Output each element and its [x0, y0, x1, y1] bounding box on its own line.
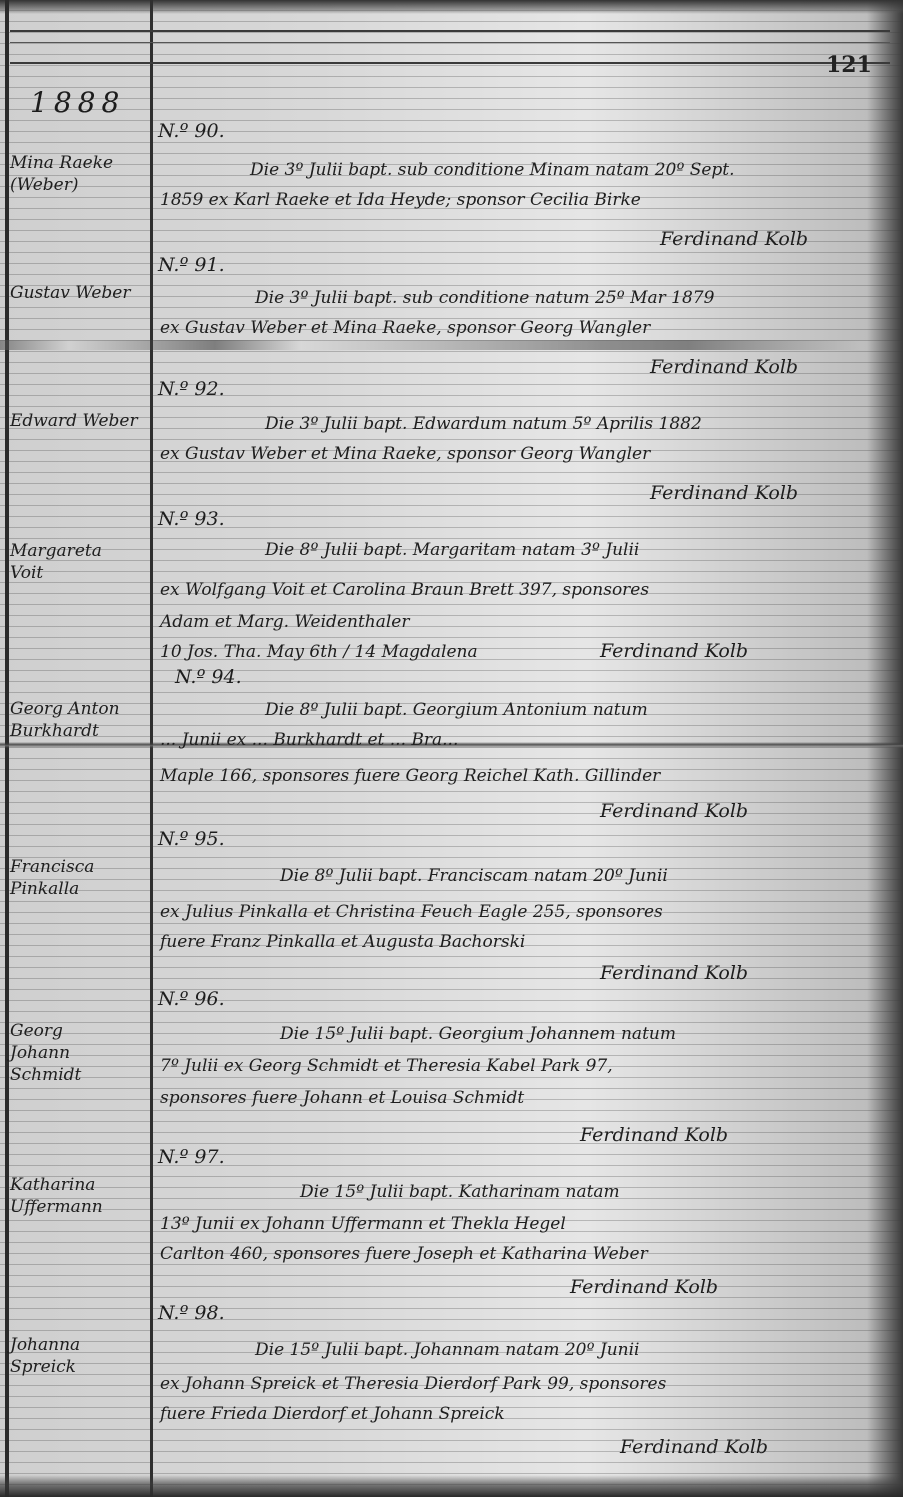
entry-line: 7º Julii ex Georg Schmidt et Theresia Ka…: [160, 1056, 613, 1076]
margin-name: Margareta Voit: [10, 540, 110, 584]
entry-number: N.º 91.: [158, 254, 225, 276]
entry-line: Die 15º Julii bapt. Georgium Johannem na…: [280, 1024, 676, 1044]
entry-line: 10 Jos. Tha. May 6th / 14 Magdalena: [160, 642, 478, 662]
entry-number: N.º 93.: [158, 508, 225, 530]
entry-line: ex Gustav Weber et Mina Raeke, sponsor G…: [160, 318, 650, 338]
margin-name: Georg Anton Burkhardt: [10, 698, 148, 742]
entry-line: Die 8º Julii bapt. Margaritam natam 3º J…: [265, 540, 639, 560]
priest-signature: Ferdinand Kolb: [600, 962, 748, 984]
margin-name: Georg Johann Schmidt: [10, 1020, 120, 1086]
register-page: 121 1888 N.º 90. Mina Raeke (Weber) Die …: [0, 0, 903, 1497]
entry-line: fuere Franz Pinkalla et Augusta Bachorsk…: [160, 932, 525, 952]
priest-signature: Ferdinand Kolb: [650, 356, 798, 378]
entry-line: Die 3º Julii bapt. sub conditione Minam …: [250, 160, 735, 180]
entry-line: ex Wolfgang Voit et Carolina Braun Brett…: [160, 580, 649, 600]
entry-line: Die 8º Julii bapt. Georgium Antonium nat…: [265, 700, 648, 720]
entry-line: Die 8º Julii bapt. Franciscam natam 20º …: [280, 866, 668, 886]
priest-signature: Ferdinand Kolb: [620, 1436, 768, 1458]
entry-line: Carlton 460, sponsores fuere Joseph et K…: [160, 1244, 648, 1264]
entry-line: 13º Junii ex Johann Uffermann et Thekla …: [160, 1214, 566, 1234]
entry-number: N.º 90.: [158, 120, 225, 142]
entry-line: ex Gustav Weber et Mina Raeke, sponsor G…: [160, 444, 650, 464]
entry-line: Die 15º Julii bapt. Johannam natam 20º J…: [255, 1340, 639, 1360]
priest-signature: Ferdinand Kolb: [600, 800, 748, 822]
entry-number: N.º 97.: [158, 1146, 225, 1168]
scan-bottom-shadow: [0, 1475, 903, 1497]
entry-line: ex Johann Spreick et Theresia Dierdorf P…: [160, 1374, 666, 1394]
entry-line: Adam et Marg. Weidenthaler: [160, 612, 410, 632]
scan-top-shadow: [0, 0, 903, 14]
page-number: 121: [826, 52, 872, 78]
entry-number: N.º 95.: [158, 828, 225, 850]
margin-name: Katharina Uffermann: [10, 1174, 120, 1218]
entry-line: Die 3º Julii bapt. Edwardum natum 5º Apr…: [265, 414, 702, 434]
margin-name: Francisca Pinkalla: [10, 856, 120, 900]
priest-signature: Ferdinand Kolb: [600, 640, 748, 662]
entry-line: ... Junii ex ... Burkhardt et ... Bra...: [160, 730, 458, 750]
entry-line: Die 3º Julii bapt. sub conditione natum …: [255, 288, 714, 308]
header-rules: [10, 30, 890, 64]
priest-signature: Ferdinand Kolb: [650, 482, 798, 504]
scan-smudge: [0, 340, 860, 350]
entry-number: N.º 96.: [158, 988, 225, 1010]
priest-signature: Ferdinand Kolb: [660, 228, 808, 250]
entry-number: N.º 94.: [175, 666, 242, 688]
priest-signature: Ferdinand Kolb: [570, 1276, 718, 1298]
entry-line: sponsores fuere Johann et Louisa Schmidt: [160, 1088, 524, 1108]
left-margin-rule: [5, 0, 9, 1497]
margin-name: Gustav Weber: [10, 282, 148, 304]
margin-name: Edward Weber: [10, 410, 148, 432]
register-year: 1888: [30, 86, 125, 119]
margin-name: Mina Raeke (Weber): [10, 152, 148, 196]
entry-line: fuere Frieda Dierdorf et Johann Spreick: [160, 1404, 505, 1424]
entry-line: 1859 ex Karl Raeke et Ida Heyde; sponsor…: [160, 190, 641, 210]
priest-signature: Ferdinand Kolb: [580, 1124, 728, 1146]
entry-number: N.º 98.: [158, 1302, 225, 1324]
entry-number: N.º 92.: [158, 378, 225, 400]
entry-line: ex Julius Pinkalla et Christina Feuch Ea…: [160, 902, 663, 922]
entry-line: Die 15º Julii bapt. Katharinam natam: [300, 1182, 620, 1202]
margin-name: Johanna Spreick: [10, 1334, 120, 1378]
entry-line: Maple 166, sponsores fuere Georg Reichel…: [160, 766, 660, 786]
name-column-rule: [150, 0, 153, 1497]
